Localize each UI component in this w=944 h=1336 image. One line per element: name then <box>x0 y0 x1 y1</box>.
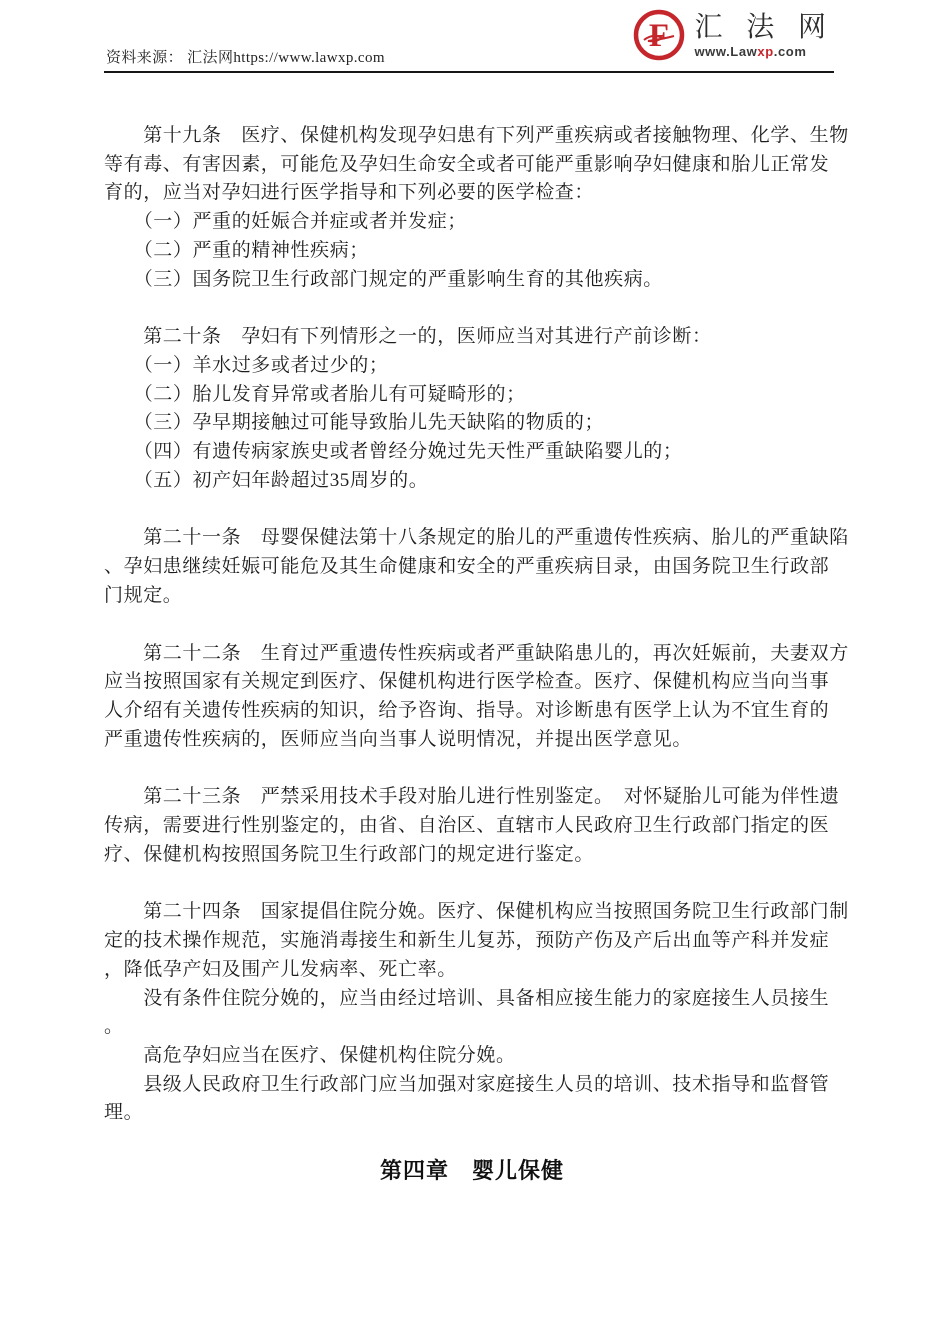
text-line: （一）严重的妊娠合并症或者并发症； <box>104 208 840 237</box>
logo-url-suffix: .com <box>774 44 807 59</box>
lawxp-monogram-icon: F <box>633 9 685 61</box>
text-line: 门规定。 <box>104 582 840 611</box>
logo-url-prefix: www.Law <box>694 44 757 59</box>
article-paragraph: 第二十条 孕妇有下列情形之一的，医师应当对其进行产前诊断： （一）羊水过多或者过… <box>104 323 840 495</box>
document-page: 资料来源： 汇法网https://www.lawxp.com F 汇 法 网 w… <box>0 0 944 1336</box>
text-line: 第十九条 医疗、保健机构发现孕妇患有下列严重疾病或者接触物理、化学、生物 <box>104 122 840 151</box>
text-line: （五）初产妇年龄超过35周岁的。 <box>104 467 840 496</box>
text-line: 没有条件住院分娩的，应当由经过培训、具备相应接生能力的家庭接生人员接生 <box>104 985 840 1014</box>
text-line: 县级人民政府卫生行政部门应当加强对家庭接生人员的培训、技术指导和监督管 <box>104 1071 840 1100</box>
text-line: ，降低孕产妇及围产儿发病率、死亡率。 <box>104 956 840 985</box>
text-line: 第二十三条 严禁采用技术手段对胎儿进行性别鉴定。 对怀疑胎儿可能为伴性遗 <box>104 783 840 812</box>
logo-url-accent: xp <box>757 44 773 59</box>
lawxp-logo: F 汇 法 网 www.Lawxp.com <box>633 9 834 61</box>
page-header: 资料来源： 汇法网https://www.lawxp.com F 汇 法 网 w… <box>104 0 834 73</box>
article-paragraph: 第二十三条 严禁采用技术手段对胎儿进行性别鉴定。 对怀疑胎儿可能为伴性遗传病，需… <box>104 783 840 869</box>
text-line: 第二十二条 生育过严重遗传性疾病或者严重缺陷患儿的，再次妊娠前，夫妻双方 <box>104 640 840 669</box>
text-line: 等有毒、有害因素，可能危及孕妇生命安全或者可能严重影响孕妇健康和胎儿正常发 <box>104 151 840 180</box>
article-paragraph: 第二十一条 母婴保健法第十八条规定的胎儿的严重遗传性疾病、胎儿的严重缺陷、孕妇患… <box>104 524 840 610</box>
text-line: 育的，应当对孕妇进行医学指导和下列必要的医学检查： <box>104 179 840 208</box>
article-paragraph: 第二十四条 国家提倡住院分娩。医疗、保健机构应当按照国务院卫生行政部门制定的技术… <box>104 898 840 1128</box>
logo-brand-name: 汇 法 网 <box>694 12 834 42</box>
text-line: （三）国务院卫生行政部门规定的严重影响生育的其他疾病。 <box>104 266 840 295</box>
text-line: 。 <box>104 1013 840 1042</box>
text-line: （二）严重的精神性疾病； <box>104 237 840 266</box>
text-line: （三）孕早期接触过可能导致胎儿先天缺陷的物质的； <box>104 409 840 438</box>
text-line: 第二十一条 母婴保健法第十八条规定的胎儿的严重遗传性疾病、胎儿的严重缺陷 <box>104 524 840 553</box>
text-line: 应当按照国家有关规定到医疗、保健机构进行医学检查。医疗、保健机构应当向当事 <box>104 668 840 697</box>
article-paragraph: 第二十二条 生育过严重遗传性疾病或者严重缺陷患儿的，再次妊娠前，夫妻双方应当按照… <box>104 640 840 755</box>
text-line: （二）胎儿发育异常或者胎儿有可疑畸形的； <box>104 381 840 410</box>
text-line: 第二十条 孕妇有下列情形之一的，医师应当对其进行产前诊断： <box>104 323 840 352</box>
text-line: 理。 <box>104 1099 840 1128</box>
text-line: （四）有遗传病家族史或者曾经分娩过先天性严重缺陷婴儿的； <box>104 438 840 467</box>
chapter-heading: 第四章 婴儿保健 <box>104 1157 840 1186</box>
text-line: 、孕妇患继续妊娠可能危及其生命健康和安全的严重疾病目录，由国务院卫生行政部 <box>104 553 840 582</box>
text-line: 人介绍有关遗传性疾病的知识，给予咨询、指导。对诊断患有医学上认为不宜生育的 <box>104 697 840 726</box>
text-line: 定的技术操作规范，实施消毒接生和新生儿复苏，预防产伤及产后出血等产科并发症 <box>104 927 840 956</box>
source-attribution: 资料来源： 汇法网https://www.lawxp.com <box>106 46 385 67</box>
text-line: 高危孕妇应当在医疗、保健机构住院分娩。 <box>104 1042 840 1071</box>
logo-text-block: 汇 法 网 www.Lawxp.com <box>694 12 834 59</box>
article-paragraph: 第十九条 医疗、保健机构发现孕妇患有下列严重疾病或者接触物理、化学、生物等有毒、… <box>104 122 840 294</box>
text-line: 第二十四条 国家提倡住院分娩。医疗、保健机构应当按照国务院卫生行政部门制 <box>104 898 840 927</box>
text-line: 严重遗传性疾病的，医师应当向当事人说明情况，并提出医学意见。 <box>104 726 840 755</box>
text-line: 疗、保健机构按照国务院卫生行政部门的规定进行鉴定。 <box>104 841 840 870</box>
text-line: 传病，需要进行性别鉴定的，由省、自治区、直辖市人民政府卫生行政部门指定的医 <box>104 812 840 841</box>
logo-site-url: www.Lawxp.com <box>694 44 806 59</box>
text-line: （一）羊水过多或者过少的； <box>104 352 840 381</box>
document-body: 第十九条 医疗、保健机构发现孕妇患有下列严重疾病或者接触物理、化学、生物等有毒、… <box>104 122 840 1186</box>
